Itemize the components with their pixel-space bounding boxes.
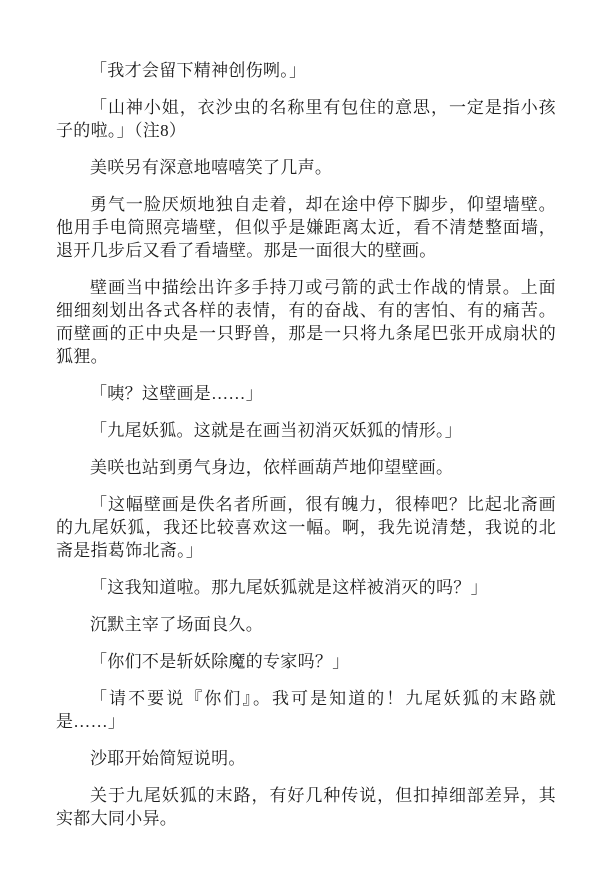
paragraph-dialogue-2: 「山神小姐，衣沙虫的名称里有包住的意思，一定是指小孩子的啦。」（注8）: [56, 96, 556, 142]
paragraph-narration-5: 沉默主宰了场面良久。: [56, 613, 556, 636]
paragraph-narration-6: 沙耶开始简短说明。: [56, 747, 556, 770]
paragraph-dialogue-1: 「我才会留下精神创伤咧。」: [56, 59, 556, 82]
paragraph-narration-7: 关于九尾妖狐的末路，有好几种传说，但扣掉细部差异，其实都大同小异。: [56, 784, 556, 830]
paragraph-narration-4: 美咲也站到勇气身边，依样画葫芦地仰望壁画。: [56, 456, 556, 479]
paragraph-dialogue-7: 「你们不是斩妖除魔的专家吗？」: [56, 650, 556, 673]
paragraph-dialogue-5: 「这幅壁画是佚名者所画，很有魄力，很棒吧？比起北斋画的九尾妖狐，我还比较喜欢这一…: [56, 493, 556, 562]
paragraph-dialogue-8: 「请不要说『你们』。我可是知道的！九尾妖狐的末路就是……」: [56, 687, 556, 733]
book-page: 「我才会留下精神创伤咧。」 「山神小姐，衣沙虫的名称里有包住的意思，一定是指小孩…: [0, 0, 613, 869]
paragraph-dialogue-4: 「九尾妖狐。这就是在画当初消灭妖狐的情形。」: [56, 419, 556, 442]
paragraph-narration-1: 美咲另有深意地嘻嘻笑了几声。: [56, 156, 556, 179]
paragraph-dialogue-3: 「咦？这壁画是……」: [56, 382, 556, 405]
paragraph-narration-2: 勇气一脸厌烦地独自走着，却在途中停下脚步，仰望墙壁。他用手电筒照亮墙壁，但似乎是…: [56, 193, 556, 262]
paragraph-narration-3: 壁画当中描绘出许多手持刀或弓箭的武士作战的情景。上面细细刻划出各式各样的表情，有…: [56, 276, 556, 368]
paragraph-dialogue-6: 「这我知道啦。那九尾妖狐就是这样被消灭的吗？」: [56, 576, 556, 599]
